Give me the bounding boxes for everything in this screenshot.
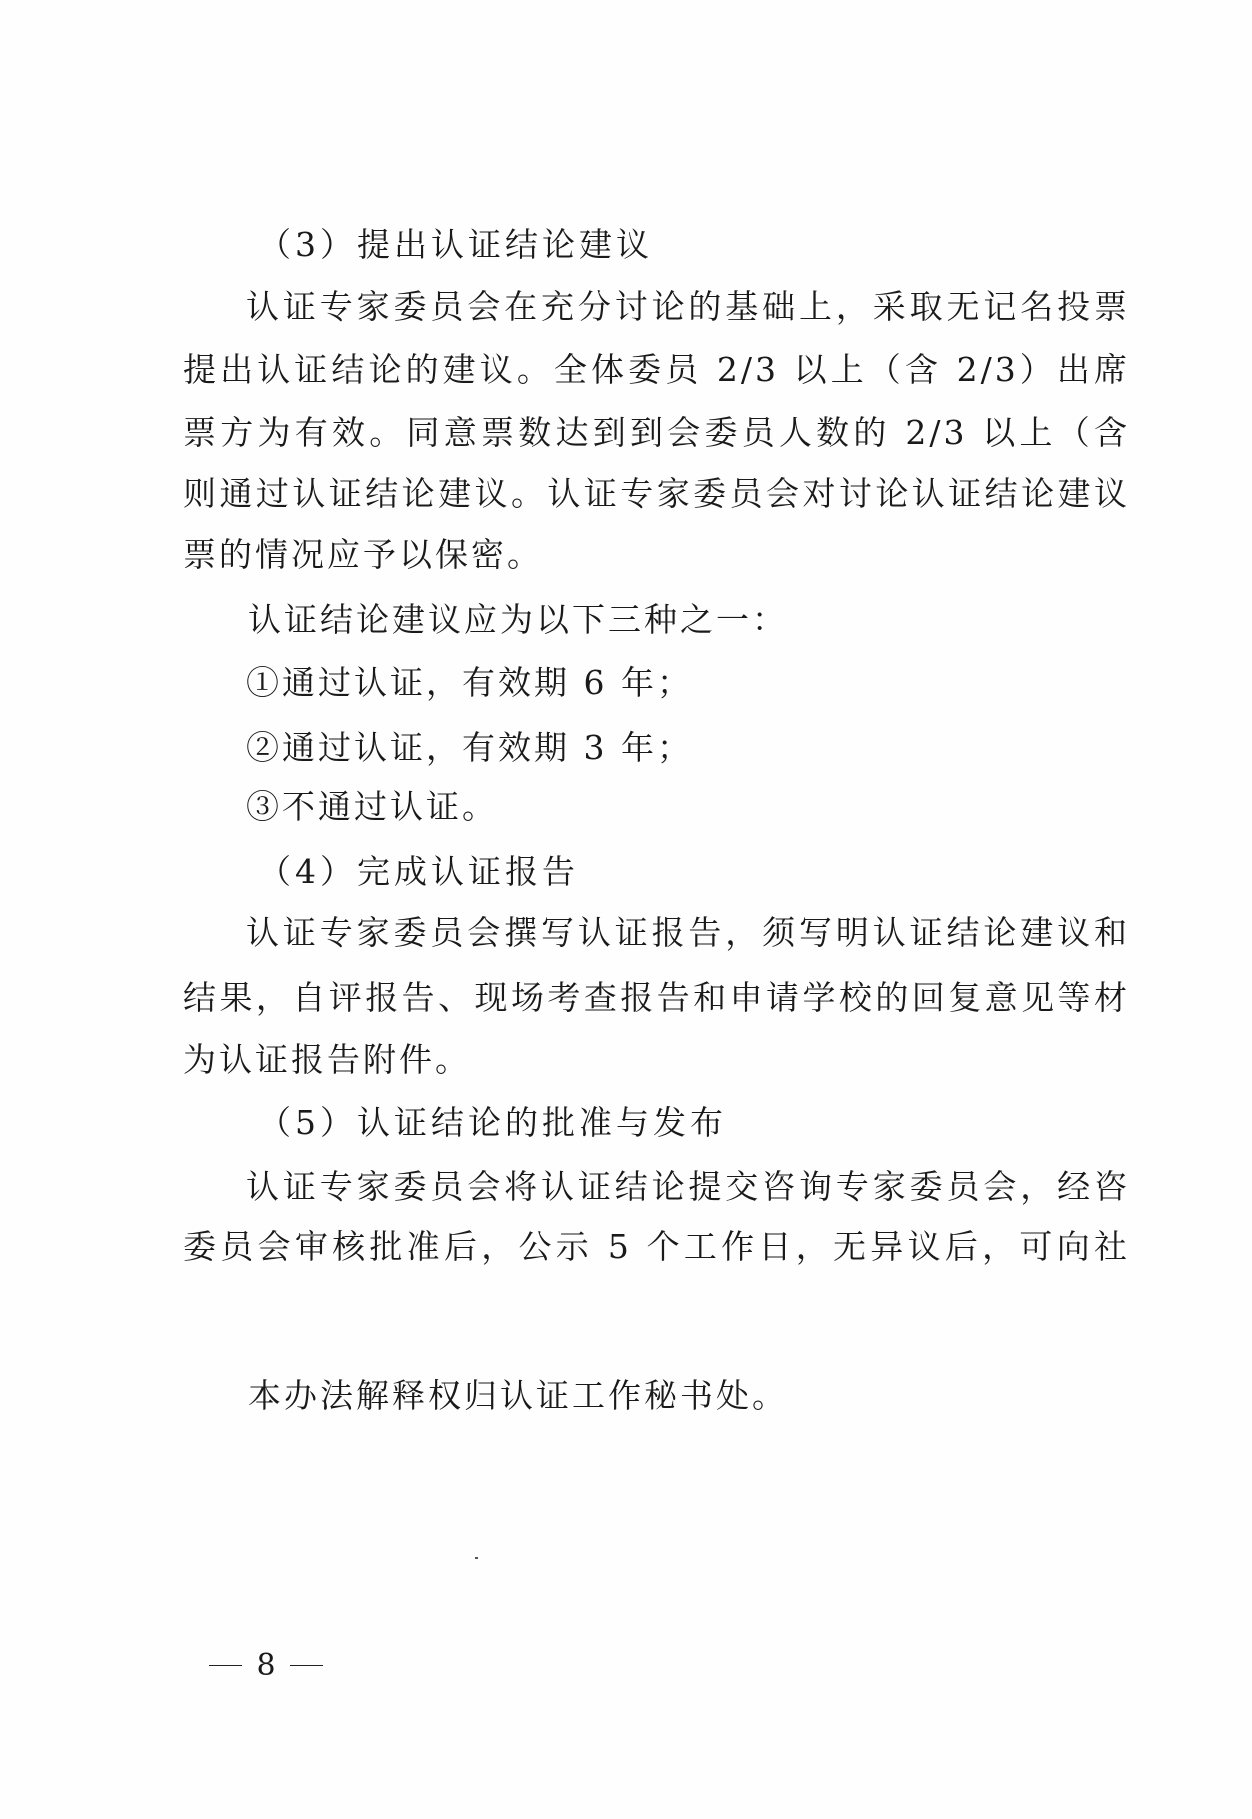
paragraph-line: 认证专家委员会撰写认证报告，须写明认证结论建议和投票 [246, 913, 1130, 953]
scan-speck [475, 1557, 478, 1559]
list-item-option-1: ①通过认证，有效期 6 年； [246, 663, 693, 703]
document-page: （3）提出认证结论建议 认证专家委员会在充分讨论的基础上，采取无记名投票方式 提… [0, 0, 1252, 1819]
paragraph-line: 为认证报告附件。 [183, 1040, 471, 1080]
page-number: 8 [200, 1645, 332, 1685]
dash-right [290, 1665, 323, 1666]
closing-statement: 本办法解释权归认证工作秘书处。 [248, 1376, 788, 1416]
paragraph-line: 票方为有效。同意票数达到到会委员人数的 2/3 以上（含 2/3）， [183, 413, 1130, 453]
section-heading-3: （3）提出认证结论建议 [258, 225, 653, 265]
paragraph-line: 委员会审核批准后，公示 5 个工作日，无异议后，可向社会公布。 [183, 1227, 1130, 1267]
paragraph-line: 认证结论建议应为以下三种之一： [248, 600, 788, 640]
section-heading-4: （4）完成认证报告 [258, 852, 579, 892]
paragraph-line: 则通过认证结论建议。认证专家委员会对讨论认证结论建议和投 [183, 474, 1130, 514]
paragraph-line: 提出认证结论的建议。全体委员 2/3 以上（含 2/3）出席会议，投 [183, 350, 1130, 390]
paragraph-line: 票的情况应予以保密。 [183, 535, 543, 575]
list-item-option-3: ③不通过认证。 [246, 787, 498, 827]
list-item-option-2: ②通过认证，有效期 3 年； [246, 728, 693, 768]
paragraph-line: 结果，自评报告、现场考查报告和申请学校的回复意见等材料作 [183, 978, 1130, 1018]
dash-left [209, 1665, 242, 1666]
section-heading-5: （5）认证结论的批准与发布 [258, 1103, 727, 1143]
page-number-value: 8 [256, 1648, 275, 1683]
paragraph-line: 认证专家委员会将认证结论提交咨询专家委员会，经咨询专家 [246, 1167, 1130, 1207]
paragraph-line: 认证专家委员会在充分讨论的基础上，采取无记名投票方式 [246, 287, 1130, 327]
